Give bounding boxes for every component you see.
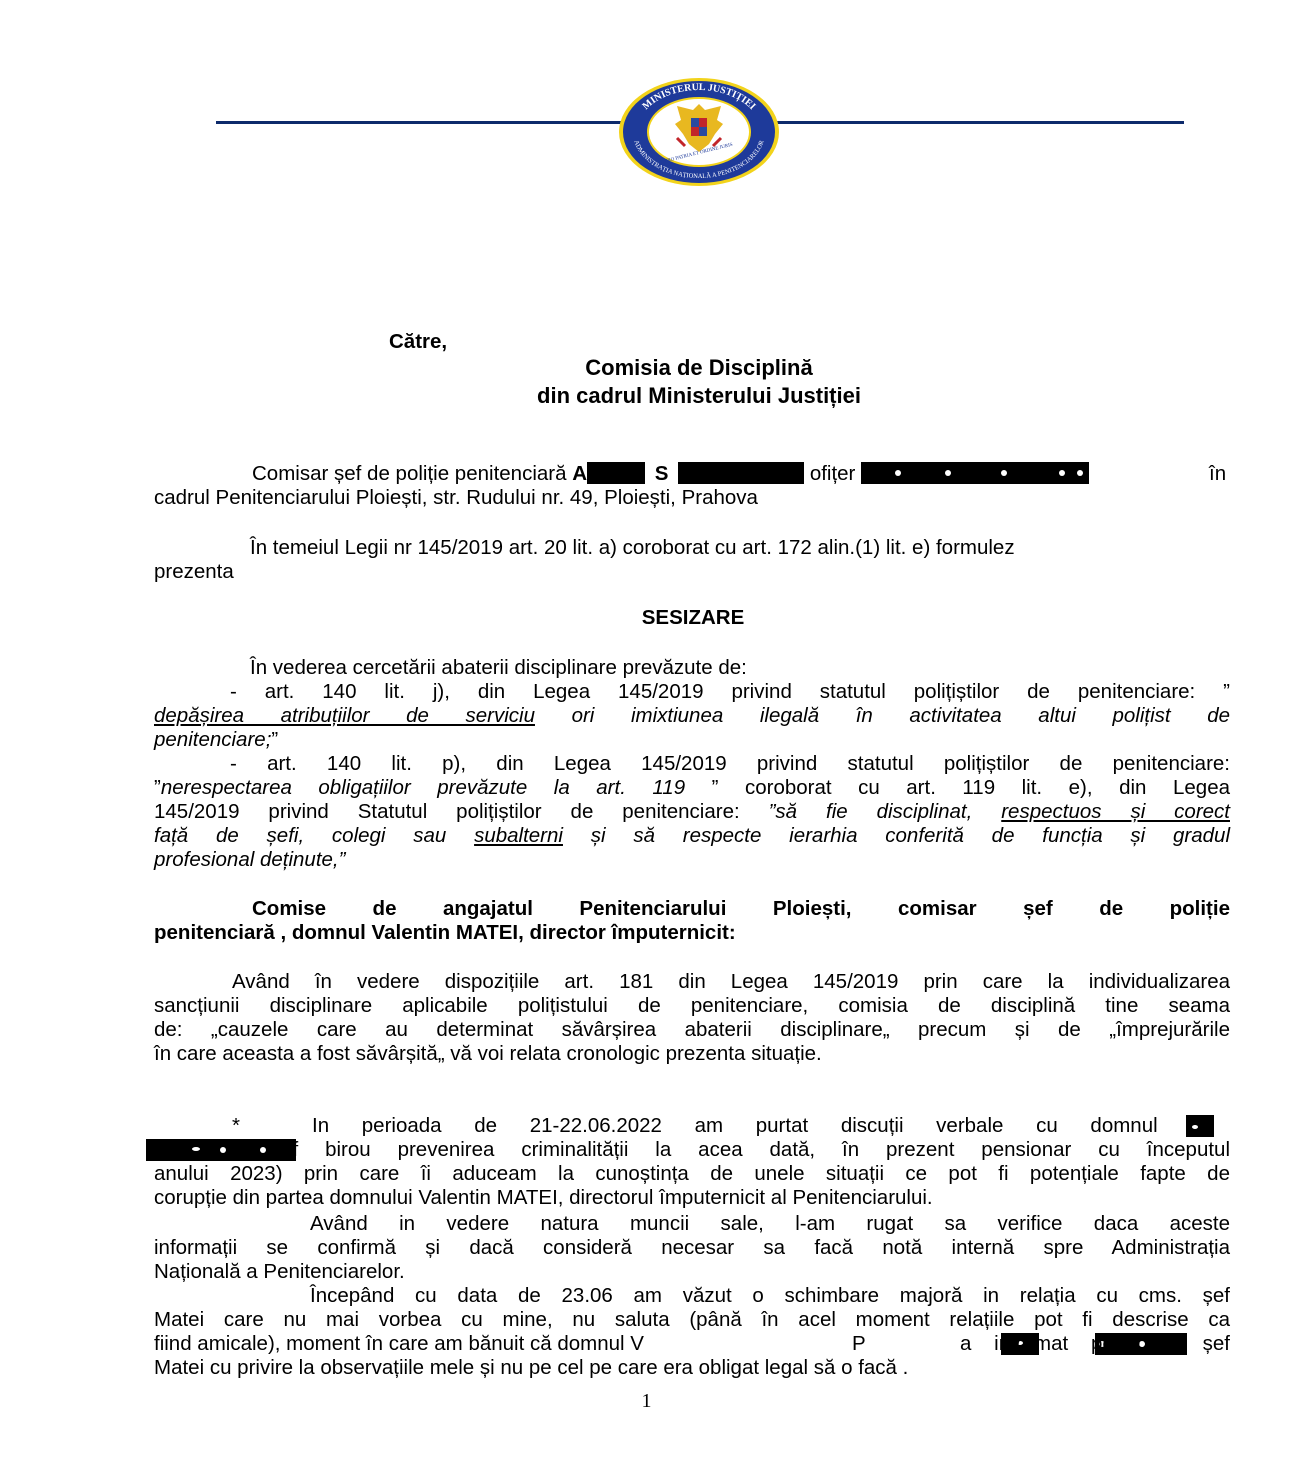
narrative-line-tail: a informat pe cms. șef bbox=[960, 1332, 1230, 1356]
context-paragraph: Având în vedere dispozițiile art. 181 di… bbox=[154, 970, 1230, 1066]
legal-basis: În temeiul Legii nr 145/2019 art. 20 lit… bbox=[154, 536, 1230, 584]
charges-intro: În vederea cercetării abaterii disciplin… bbox=[250, 656, 747, 680]
narrative-paragraph-2: Având in vedere natura muncii sale, l-am… bbox=[154, 1212, 1230, 1284]
intro-line-1: Comisar șef de poliție penitenciară A S … bbox=[252, 462, 1089, 486]
addressee-line-2: din cadrul Ministerului Justiției bbox=[0, 384, 1293, 408]
page-number: 1 bbox=[0, 1390, 1293, 1413]
redacted-role bbox=[861, 462, 1089, 484]
narrative-paragraph-1: In perioada de 21-22.06.2022 am purtat d… bbox=[154, 1114, 1230, 1210]
surname-initial: P bbox=[852, 1332, 866, 1356]
role-word: ofițer bbox=[810, 462, 856, 485]
redacted-last-name bbox=[678, 462, 804, 484]
salutation: Către, bbox=[389, 330, 447, 354]
accused-statement: Comise de angajatul Penitenciarului Ploi… bbox=[154, 897, 1230, 945]
intro-line-2: cadrul Penitenciarului Ploiești, str. Ru… bbox=[154, 486, 758, 510]
addressee-line-1: Comisia de Disciplină bbox=[0, 356, 1293, 380]
sender-rank: Comisar șef de poliție penitenciară bbox=[252, 462, 567, 485]
document-title: SESIZARE bbox=[0, 606, 1293, 630]
intro-tail: în bbox=[1209, 462, 1226, 486]
sender-last-initial: S bbox=[655, 462, 669, 485]
charge-item-2: - art. 140 lit. p), din Legea 145/2019 p… bbox=[154, 752, 1230, 872]
redacted-name-end bbox=[1186, 1115, 1214, 1137]
ministry-of-justice-seal-icon: MINISTERUL JUSTIȚIEI ADMINISTRAȚIA NAȚIO… bbox=[617, 76, 781, 188]
redacted-name-start bbox=[146, 1139, 296, 1161]
redacted-first-name bbox=[587, 462, 645, 484]
sender-first-initial: A bbox=[572, 462, 587, 485]
charge-item-1: - art. 140 lit. j), din Legea 145/2019 p… bbox=[154, 680, 1230, 752]
